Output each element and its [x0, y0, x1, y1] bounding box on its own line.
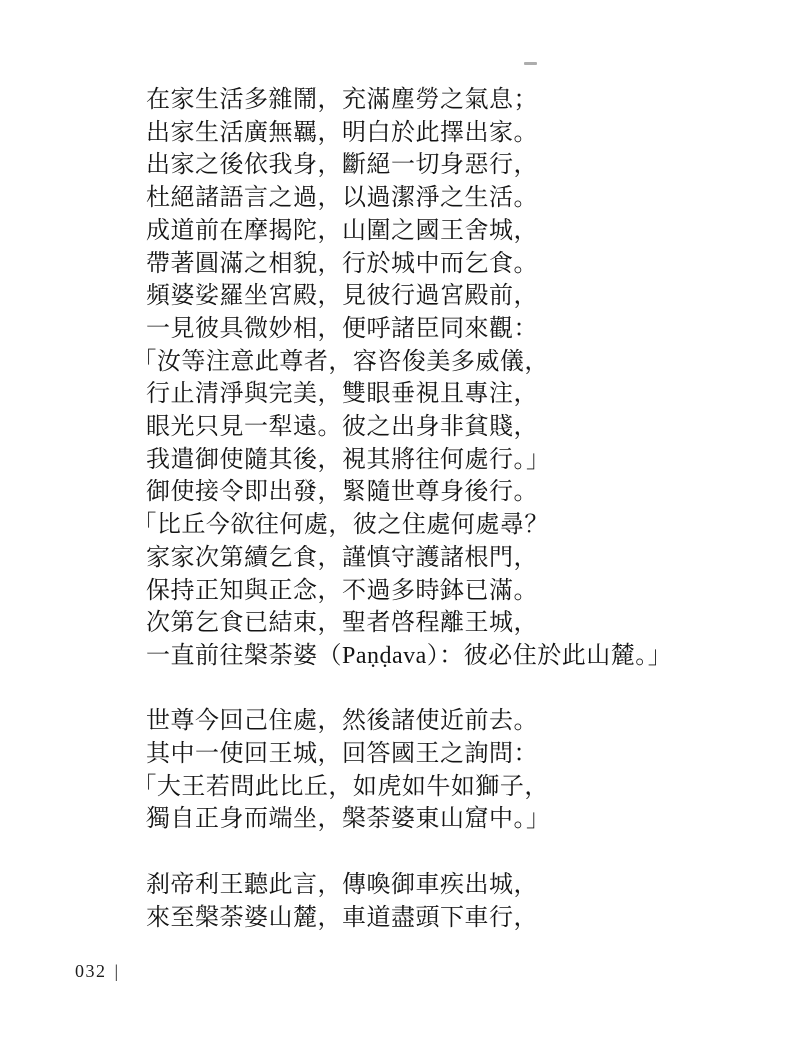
- verse-line: 來至槃荼婆山麓，車道盡頭下車行，: [146, 902, 672, 935]
- page-number: 032: [75, 961, 107, 981]
- verse-line: 我遣御使隨其後，視其將往何處行。」: [146, 444, 672, 477]
- verse-line: 其中一使回王城，回答國王之詢問：: [146, 738, 672, 771]
- verse-line: 在家生活多雜鬧，充滿塵勞之氣息；: [146, 84, 672, 117]
- verse-line: 出家之後依我身，斷絕一切身惡行，: [146, 149, 672, 182]
- footer-separator: |: [115, 961, 120, 982]
- verse-line: 御使接令即出發，緊隨世尊身後行。: [146, 476, 672, 509]
- verse-line: 保持正知與正念，不過多時鉢已滿。: [146, 575, 672, 608]
- verse-line: 獨自正身而端坐，槃荼婆東山窟中。」: [146, 803, 672, 836]
- verse-line: 行止清淨與完美，雙眼垂視且專注，: [146, 378, 672, 411]
- stanza: 刹帝利王聽此言，傳喚御車疾出城，來至槃荼婆山麓，車道盡頭下車行，: [146, 869, 672, 934]
- verse-line: 次第乞食已結束，聖者啓程離王城，: [146, 607, 672, 640]
- verse-line: 成道前在摩揭陀，山圍之國王舍城，: [146, 215, 672, 248]
- verse-line: 一直前往槃荼婆（Paṇḍava）：彼必住於此山麓。」: [146, 640, 672, 673]
- page-footer: 032|: [75, 961, 120, 982]
- verse-line: 刹帝利王聽此言，傳喚御車疾出城，: [146, 869, 672, 902]
- verse-text: 在家生活多雜鬧，充滿塵勞之氣息；出家生活廣無羈，明白於此擇出家。出家之後依我身，…: [146, 84, 672, 934]
- stanza: 世尊今回己住處，然後諸使近前去。其中一使回王城，回答國王之詢問：「大王若問此比丘…: [146, 705, 672, 836]
- verse-line: 「比丘今欲往何處，彼之住處何處尋？: [146, 509, 672, 542]
- verse-line: 世尊今回己住處，然後諸使近前去。: [146, 705, 672, 738]
- book-page: 在家生活多雜鬧，充滿塵勞之氣息；出家生活廣無羈，明白於此擇出家。出家之後依我身，…: [0, 0, 792, 1056]
- stanza: 在家生活多雜鬧，充滿塵勞之氣息；出家生活廣無羈，明白於此擇出家。出家之後依我身，…: [146, 84, 672, 673]
- scan-artifact-mark: [524, 62, 537, 65]
- verse-line: 家家次第續乞食，謹慎守護諸根門，: [146, 542, 672, 575]
- verse-line: 頻婆娑羅坐宮殿，見彼行過宮殿前，: [146, 280, 672, 313]
- verse-line: 帶著圓滿之相貌，行於城中而乞食。: [146, 248, 672, 281]
- verse-line: 眼光只見一犁遠。彼之出身非貧賤，: [146, 411, 672, 444]
- verse-line: 杜絕諸語言之過，以過潔淨之生活。: [146, 182, 672, 215]
- verse-line: 出家生活廣無羈，明白於此擇出家。: [146, 117, 672, 150]
- verse-line: 一見彼具微妙相，便呼諸臣同來觀：: [146, 313, 672, 346]
- verse-line: 「大王若問此比丘，如虎如牛如獅子，: [146, 771, 672, 804]
- verse-line: 「汝等注意此尊者，容咨俊美多威儀，: [146, 346, 672, 379]
